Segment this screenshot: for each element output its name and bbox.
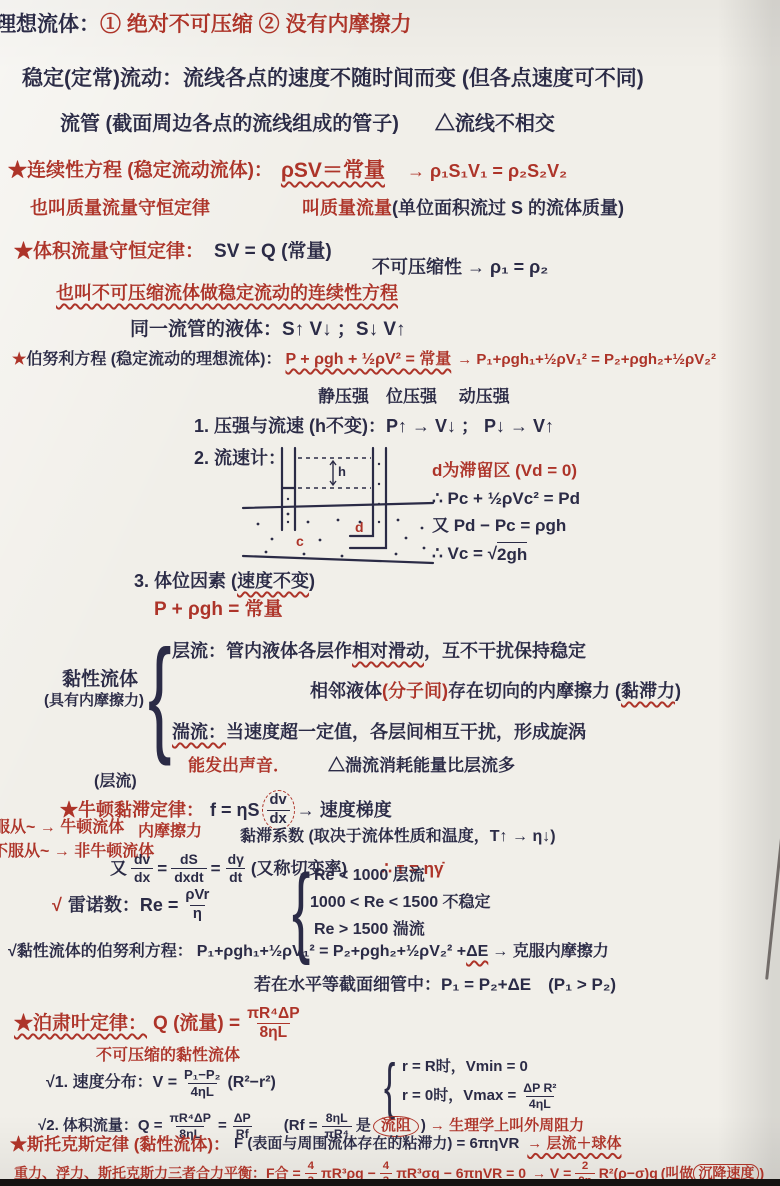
reynolds-line: √ 雷诺数：Re = ρVrη <box>52 888 216 922</box>
viscous-side-sub-line: (具有内摩擦力) <box>44 692 144 711</box>
shear-frac2-den: dxdt <box>171 868 206 885</box>
newton-formula: f = ηS <box>210 799 260 822</box>
viscous-bernoulli-heading: 黏性流体的伯努利方程： <box>17 942 193 962</box>
rf-is: 是 <box>356 1117 371 1136</box>
mass-flow-note: (单位面积流过 S 的流体质量) <box>392 197 624 220</box>
poiseuille-frac-den: 8ηL <box>257 1023 291 1041</box>
sound-note-line: 能发出声音． △湍流消耗能量比层流多 <box>188 755 515 776</box>
velocity-cond1-line: r = R时，Vmin = 0 <box>402 1058 528 1077</box>
poiseuille-heading-line: ★泊肃叶定律： Q (流量) = πR⁴ΔP8ηL <box>14 1006 307 1042</box>
reynolds-case2: 1000 < Re < 1500 不稳定 <box>310 893 491 913</box>
poiseuille-q-label: Q (流量) = <box>153 1012 240 1036</box>
continuity-formula: ρSV＝常量 <box>281 158 385 184</box>
newton-gradient-label: → 速度梯度 <box>297 799 392 822</box>
rf-frac-num: ΔP <box>231 1112 254 1126</box>
same-tube-rule: 同一流管的液体：S↑ V↓ ；S↓ V↑ <box>130 318 406 342</box>
velocity-cond2: r = 0时，Vmax = <box>402 1087 516 1106</box>
reynolds-check-icon: √ <box>52 894 62 917</box>
peripheral-resistance-note: → 生理学上叫外周阻力 <box>430 1117 584 1136</box>
reynolds-case3: Re > 1500 湍流 <box>314 920 425 940</box>
stokes-applicability: → 层流＋球体 <box>527 1135 621 1154</box>
newtonian-note: 服从~ → 牛顿流体 <box>0 818 124 838</box>
adjacent-text-a: 相邻液体 <box>310 680 382 703</box>
q2-frac-num: πR⁴ΔP <box>167 1112 214 1126</box>
laminar-head: 层流： <box>172 640 226 663</box>
vmax-frac-den: 4ηL <box>526 1096 554 1111</box>
incompressibility-note: 不可压缩性 → ρ₁ = ρ₂ <box>372 256 548 279</box>
reynolds-label: 雷诺数：Re = <box>68 894 179 917</box>
steady-flow-line: 稳定(定常)流动：流线各点的速度不随时间而变 (但各点速度可不同) <box>22 66 644 92</box>
gravity-frac-num: 4 <box>305 1160 317 1173</box>
flowmeter-eq2: 又 Pd − Pc = ρgh <box>432 515 566 536</box>
continuity-expanded: → ρ₁S₁V₁ = ρ₂S₂V₂ <box>407 160 567 183</box>
reynolds-case3-line: Re > 1500 湍流 <box>314 920 425 940</box>
ideal-fluid-label: 理想流体： <box>0 12 100 38</box>
viscous-bernoulli-check-icon: √ <box>8 942 17 962</box>
velocity-brace: { <box>384 1056 395 1118</box>
continuity-heading: ★连续性方程 (稳定流动流体)： <box>8 159 273 183</box>
pressure-velocity-line: 1. 压强与流速 (h不变)：P↑ → V↓ ； P↓ → V↑ <box>194 415 554 438</box>
horizontal-tube-line: 若在水平等截面细管中：P₁ = P₂+ΔE (P₁ > P₂) <box>254 974 616 995</box>
rf-definition-open: (Rf = <box>284 1117 318 1136</box>
bernoulli-heading-line: ★ 伯努利方程 (稳定流动的理想流体)： P + ρgh + ½ρV² = 常量… <box>12 350 716 370</box>
adjacent-viscosity-force: 黏滞力 <box>621 680 675 703</box>
viscous-bernoulli-line: √ 黏性流体的伯努利方程： P₁+ρgh₁+½ρV₁² = P₂+ρgh₂+½ρ… <box>8 942 609 962</box>
newton-gradient-fraction: dv dx <box>262 790 295 830</box>
shear-frac2-num: dS <box>177 852 201 868</box>
bernoulli-heading: 伯努利方程 (稳定流动的理想流体)： <box>26 350 281 370</box>
adjacent-text-d: ) <box>675 680 681 703</box>
vmax-frac-num: ΔP R² <box>520 1082 559 1096</box>
reynolds-frac-den: η <box>190 905 205 923</box>
bernoulli-star-icon: ★ <box>12 350 26 370</box>
viscous-brace: { <box>148 632 172 760</box>
sound-note: 能发出声音． <box>188 755 290 776</box>
velocity-frac-den: 4ηL <box>188 1083 217 1099</box>
stagnation-note: d为滞留区 (Vd = 0) <box>432 460 577 481</box>
velocity-cond2-line: r = 0时，Vmax = ΔP R²4ηL <box>402 1082 563 1111</box>
shear-frac1-den: dx <box>131 868 153 885</box>
photo-bottom-edge <box>0 1179 780 1186</box>
pressure-velocity-rule: 1. 压强与流速 (h不变)：P↑ → V↓ ； P↓ → V↑ <box>194 415 554 438</box>
volume-flow-heading: ★体积流量守恒定律： <box>14 240 204 264</box>
turbulent-head: 湍流： <box>172 721 226 744</box>
viscous-side-label-line: 黏性流体 <box>62 668 138 692</box>
c-label: c <box>296 533 304 549</box>
newton-frac-num: dv <box>267 793 290 810</box>
volume-flow-formula: SV = Q (常量) <box>214 240 332 264</box>
shear-frac3: dγdt <box>225 852 247 884</box>
flowmeter-diagram: h c d <box>238 444 438 572</box>
flowmeter-eq1-line: ∴ Pc + ½ρVc² = Pd <box>432 488 580 509</box>
ideal-fluid-definition: ① 绝对不可压缩 ② 没有内摩擦力 <box>100 12 412 38</box>
flow-tube-note: △流线不相交 <box>435 112 555 137</box>
rf-def-frac-num: 8ηL <box>323 1112 351 1126</box>
energy-note: △湍流消耗能量比层流多 <box>328 755 515 776</box>
viscous-side-label: 黏性流体 <box>62 668 138 692</box>
bernoulli-expanded: → P₁+ρgh₁+½ρV₁² = P₂+ρgh₂+½ρV₂² <box>457 351 716 370</box>
shear-frac1: dvdx <box>131 852 153 884</box>
shear-frac3-den: dt <box>226 868 245 885</box>
shear-eq1: = <box>157 858 167 879</box>
shear-frac1-num: dv <box>131 852 153 868</box>
posture-factor-highlight: 速度不变 <box>237 570 309 593</box>
viscosity-coef-note: 黏滞系数 (取决于流体性质和温度，T↑ → η↓) <box>240 827 556 847</box>
posture-formula-line: P + ρgh = 常量 <box>154 598 283 622</box>
velocity-cond1: r = R时，Vmin = 0 <box>402 1058 528 1077</box>
newtonian-line: 服从~ → 牛顿流体 <box>0 818 124 838</box>
turbulent-line: 湍流： 当速度超一定值，各层间相互干扰，形成旋涡 <box>172 721 586 744</box>
flowmeter-eq2-line: 又 Pd − Pc = ρgh <box>432 515 566 536</box>
reynolds-case1: Re < 1000 层流 <box>314 866 425 886</box>
incompressibility-note-line: 不可压缩性 → ρ₁ = ρ₂ <box>372 256 548 279</box>
poiseuille-heading: ★泊肃叶定律： <box>14 1012 147 1036</box>
delta-e-term: ΔE <box>466 942 488 962</box>
rf-definition-close: ) <box>421 1117 426 1136</box>
adjacent-molecular: (分子间) <box>382 680 448 703</box>
ideal-fluid-line: 理想流体： ① 绝对不可压缩 ② 没有内摩擦力 <box>0 12 412 38</box>
pressure-term-labels: 静压强 位压强 动压强 <box>318 386 510 407</box>
pressure-term-labels-line: 静压强 位压强 动压强 <box>318 386 510 407</box>
steady-flow-text: 稳定(定常)流动：流线各点的速度不随时间而变 (但各点速度可不同) <box>22 66 644 92</box>
shear-frac3-num: dγ <box>225 852 247 868</box>
shear-also: 又 <box>110 858 127 879</box>
same-tube-line: 同一流管的液体：S↑ V↓ ；S↓ V↑ <box>130 318 406 342</box>
vmax-fraction: ΔP R²4ηL <box>520 1082 559 1111</box>
flowmeter-eq3-radicand: 2gh <box>497 542 527 565</box>
laminar-text-c: ，互不干扰保持稳定 <box>424 640 586 663</box>
stokes-heading: ★斯托克斯定律 (黏性流体)： <box>10 1134 230 1155</box>
reynolds-case1-line: Re < 1000 层流 <box>314 866 425 886</box>
poiseuille-subnote: 不可压缩的黏性流体 <box>96 1046 240 1066</box>
velocity-distribution-line: √1. 速度分布：V = P₁−P₂4ηL (R²−r²) <box>46 1068 276 1099</box>
channel-bottom-wall <box>243 556 433 563</box>
notes-page: { "palette": {"paper": "#f1efe9", "ink":… <box>0 0 780 1186</box>
flow-tube-text: 流管 (截面周边各点的流线组成的管子) <box>60 112 399 137</box>
volume-flow-alias-line: 也叫不可压缩流体做稳定流动的连续性方程 <box>56 282 398 305</box>
shear-eq2: = <box>211 858 221 879</box>
stagnation-note-line: d为滞留区 (Vd = 0) <box>432 460 577 481</box>
poiseuille-subnote-line: 不可压缩的黏性流体 <box>96 1046 240 1066</box>
flowmeter-eq3-pre: ∴ Vc = √ <box>432 543 497 564</box>
channel-top-wall <box>243 503 433 508</box>
posture-factor-line: 3. 体位因素 (速度不变) <box>134 570 315 593</box>
internal-friction-line: 内摩擦力 <box>138 822 202 842</box>
continuity-alias-line: 也叫质量流量守恒定律 叫质量流量 (单位面积流过 S 的流体质量) <box>30 197 624 220</box>
volume-flow-rate-label: √2. 体积流量：Q = <box>38 1117 163 1136</box>
laminar-line: 层流： 管内液体各层作 相对滑动，互不干扰保持稳定 <box>172 640 586 663</box>
adjacent-text-b: 存在切向的内摩擦力 ( <box>448 680 621 703</box>
flow-tube-line: 流管 (截面周边各点的流线组成的管子) △流线不相交 <box>60 112 555 137</box>
reynolds-fraction: ρVrη <box>182 888 212 922</box>
reynolds-frac-num: ρVr <box>182 888 212 905</box>
posture-formula: P + ρgh = 常量 <box>154 598 283 622</box>
turbulent-text: 当速度超一定值，各层间相互干扰，形成旋涡 <box>226 721 586 744</box>
newton-frac-den: dx <box>267 810 290 828</box>
internal-friction-label: 内摩擦力 <box>138 822 202 842</box>
sedimentation-frac-num: 2 <box>579 1160 591 1173</box>
flowmeter-eq3-line: ∴ Vc = √2gh <box>432 542 527 565</box>
velocity-distribution-label: √1. 速度分布：V = <box>46 1073 177 1093</box>
stokes-heading-line: ★斯托克斯定律 (黏性流体)： F (表面与周围流体存在的粘滞力) = 6πηV… <box>10 1134 621 1155</box>
viscosity-coef-line: 黏滞系数 (取决于流体性质和温度，T↑ → η↓) <box>240 827 556 847</box>
viscous-side-sublabel: (具有内摩擦力) <box>44 692 144 711</box>
stokes-force-definition: F (表面与周围流体存在的粘滞力) = 6πηVR <box>234 1135 519 1154</box>
posture-factor-post: ) <box>309 570 315 593</box>
horizontal-tube-rule: 若在水平等截面细管中：P₁ = P₂+ΔE (P₁ > P₂) <box>254 974 616 995</box>
continuity-alias: 也叫质量流量守恒定律 <box>30 197 210 220</box>
volume-flow-heading-line: ★体积流量守恒定律： SV = Q (常量) <box>14 240 332 264</box>
reynolds-case2-line: 1000 < Re < 1500 不稳定 <box>310 893 491 913</box>
buoyancy-frac-num: 4 <box>380 1160 392 1173</box>
shear-frac2: dSdxdt <box>171 852 206 884</box>
poiseuille-frac-num: πR⁴ΔP <box>244 1006 302 1023</box>
newton-pre-line: (层流) <box>94 772 137 792</box>
volume-flow-alias: 也叫不可压缩流体做稳定流动的连续性方程 <box>56 282 398 305</box>
viscous-bernoulli-formula: P₁+ρgh₁+½ρV₁² = P₂+ρgh₂+½ρV₂² + <box>197 942 466 962</box>
laminar-text-a: 管内液体各层作 <box>226 640 352 663</box>
newton-pre-note: (层流) <box>94 772 137 792</box>
h-label: h <box>338 464 346 479</box>
flowmeter-eq1: ∴ Pc + ½ρVc² = Pd <box>432 488 580 509</box>
velocity-fraction: P₁−P₂4ηL <box>181 1068 223 1099</box>
continuity-heading-line: ★连续性方程 (稳定流动流体)： ρSV＝常量 → ρ₁S₁V₁ = ρ₂S₂V… <box>8 158 567 184</box>
bernoulli-formula: P + ρgh + ½ρV² = 常量 <box>285 350 451 370</box>
velocity-frac-num: P₁−P₂ <box>181 1068 223 1083</box>
mass-flow-label: 叫质量流量 <box>302 197 392 220</box>
q2-equals: = <box>218 1117 227 1136</box>
poiseuille-fraction: πR⁴ΔP8ηL <box>244 1006 302 1042</box>
overcome-friction-note: → 克服内摩擦力 <box>492 942 608 962</box>
laminar-text-highlight: 相对滑动 <box>352 640 424 663</box>
velocity-tail: (R²−r²) <box>227 1073 275 1093</box>
adjacent-layers-line: 相邻液体 (分子间) 存在切向的内摩擦力 (黏滞力) <box>310 680 681 703</box>
posture-factor-pre: 3. 体位因素 ( <box>134 570 237 593</box>
